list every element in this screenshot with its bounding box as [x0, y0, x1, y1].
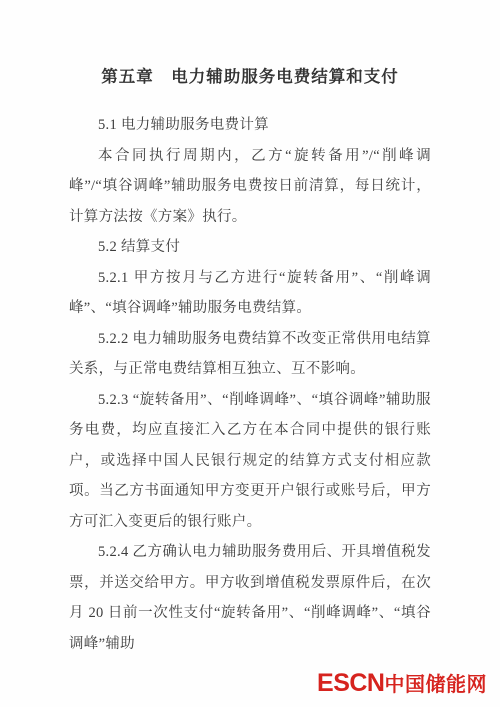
clause-5-2-heading: 5.2 结算支付: [69, 232, 431, 263]
chapter-title: 第五章 电力辅助服务电费结算和支付: [69, 66, 431, 88]
clause-5-1-body: 本合同执行周期内，乙方“旋转备用”/“削峰调峰”/“填谷调峰”辅助服务电费按日前…: [69, 141, 431, 233]
clause-5-1-heading: 5.1 电力辅助服务电费计算: [69, 110, 431, 141]
clause-5-2-4: 5.2.4 乙方确认电力辅助服务费用后、开具增值税发票，并送交给甲方。甲方收到增…: [69, 537, 431, 659]
clause-5-2-1: 5.2.1 甲方按月与乙方进行“旋转备用”、“削峰调峰”、“填谷调峰”辅助服务电…: [69, 263, 431, 324]
watermark-logo: ESCN 中国储能网: [317, 668, 487, 698]
clause-5-2-3: 5.2.3 “旋转备用”、“削峰调峰”、“填谷调峰”辅助服务电费，均应直接汇入乙…: [69, 385, 431, 538]
escn-logo-text: ESCN: [317, 669, 384, 698]
document-page: 第五章 电力辅助服务电费结算和支付 5.1 电力辅助服务电费计算 本合同执行周期…: [0, 0, 500, 707]
clause-5-2-2: 5.2.2 电力辅助服务电费结算不改变正常供用电结算关系，与正常电费结算相互独立…: [69, 324, 431, 385]
china-energy-storage-network-logo-text: 中国储能网: [385, 668, 488, 697]
